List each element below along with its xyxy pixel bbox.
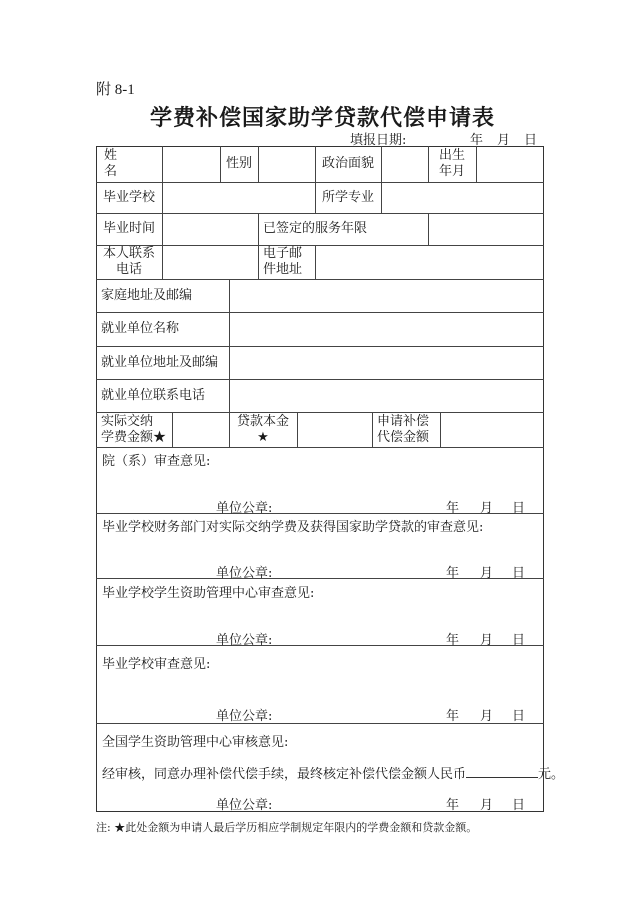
name-label: 姓 名 [96, 146, 162, 182]
dept-review-year: 年 [446, 497, 459, 516]
employer-phone-label: 就业单位联系电话 [96, 379, 229, 412]
employer-address-field[interactable] [229, 346, 544, 379]
school-review-month: 月 [480, 705, 493, 724]
compensation-amount-label: 申请补偿 代偿金额 [372, 412, 440, 447]
row-divider [96, 447, 544, 448]
finance-review-field[interactable] [97, 534, 543, 560]
name-field[interactable] [162, 146, 220, 182]
school-review-field[interactable] [97, 672, 543, 702]
birth-label-line2: 年月 [439, 164, 465, 180]
aid-center-review-stamp: 单位公章: [216, 629, 272, 648]
email-label-line1: 电子邮 [263, 246, 302, 262]
finance-review-year: 年 [446, 562, 459, 581]
compensation-amount-field[interactable] [440, 412, 544, 447]
birth-date-field[interactable] [476, 146, 544, 182]
home-address-label: 家庭地址及邮编 [96, 279, 229, 312]
phone-label-line2: 电话 [116, 262, 142, 278]
graduation-time-label: 毕业时间 [96, 213, 162, 245]
service-years-field[interactable] [428, 213, 544, 245]
approval-text-prefix: 经审核，同意办理补偿代偿手续，最终核定补偿代偿金额人民币 [102, 767, 466, 782]
major-field[interactable] [381, 182, 544, 213]
aid-center-review-day: 日 [512, 629, 525, 648]
finance-review-stamp: 单位公章: [216, 562, 272, 581]
tuition-paid-field[interactable] [172, 412, 229, 447]
national-center-review-title: 全国学生资助管理中心审核意见: [102, 731, 288, 750]
major-label: 所学专业 [315, 182, 381, 213]
approval-text-suffix: 元。 [538, 767, 564, 782]
tuition-label-line1: 实际交纳 [101, 414, 153, 430]
service-years-label: 已签定的服务年限 [258, 213, 428, 245]
name-label-text: 姓 名 [104, 148, 154, 180]
national-center-approval-text: 经审核，同意办理补偿代偿手续，最终核定补偿代偿金额人民币元。 [102, 763, 564, 782]
birth-label-line1: 出生 [439, 148, 465, 164]
gender-field[interactable] [258, 146, 315, 182]
aid-center-review-title: 毕业学校学生资助管理中心审查意见: [102, 582, 314, 601]
email-label: 电子邮 件地址 [258, 245, 315, 279]
apply-label-line1: 申请补偿 [377, 414, 429, 430]
employer-name-field[interactable] [229, 312, 544, 346]
employer-phone-field[interactable] [229, 379, 544, 412]
gender-label: 性别 [220, 146, 258, 182]
national-center-year: 年 [446, 794, 459, 813]
row-divider [96, 513, 544, 514]
email-field[interactable] [315, 245, 544, 279]
loan-principal-field[interactable] [297, 412, 372, 447]
school-review-title: 毕业学校审查意见: [102, 653, 210, 672]
national-center-stamp: 单位公章: [216, 794, 272, 813]
aid-center-review-year: 年 [446, 629, 459, 648]
phone-field[interactable] [162, 245, 258, 279]
tuition-paid-label: 实际交纳 学费金额★ [96, 412, 172, 447]
row-divider [96, 578, 544, 579]
school-review-year: 年 [446, 705, 459, 724]
dept-review-month: 月 [480, 497, 493, 516]
national-center-day: 日 [512, 794, 525, 813]
row-divider [96, 645, 544, 646]
loan-label-line2: ★ [257, 430, 269, 446]
school-review-day: 日 [512, 705, 525, 724]
home-address-field[interactable] [229, 279, 544, 312]
finance-review-day: 日 [512, 562, 525, 581]
row-divider [96, 723, 544, 724]
loan-label-line1: 贷款本金 [237, 414, 289, 430]
national-center-month: 月 [480, 794, 493, 813]
dept-review-stamp: 单位公章: [216, 497, 272, 516]
phone-label-line1: 本人联系 [103, 246, 155, 262]
political-status-label: 政治面貌 [315, 146, 381, 182]
school-label: 毕业学校 [96, 182, 162, 213]
political-status-field[interactable] [381, 146, 428, 182]
dept-review-field[interactable] [97, 468, 543, 494]
appendix-number: 附 8-1 [96, 78, 135, 99]
employer-address-label: 就业单位地址及邮编 [96, 346, 229, 379]
apply-label-line2: 代偿金额 [377, 430, 429, 446]
footnote: 注: ★此处金额为申请人最后学历相应学制规定年限内的学费金额和贷款金额。 [96, 819, 477, 835]
form-title: 学费补偿国家助学贷款代偿申请表 [0, 101, 635, 132]
email-label-line2: 件地址 [263, 262, 302, 278]
loan-principal-label: 贷款本金 ★ [229, 412, 297, 447]
school-review-stamp: 单位公章: [216, 705, 272, 724]
phone-label: 本人联系 电话 [96, 245, 162, 279]
dept-review-day: 日 [512, 497, 525, 516]
approved-amount-field[interactable] [466, 765, 538, 778]
aid-center-review-month: 月 [480, 629, 493, 648]
school-field[interactable] [162, 182, 315, 213]
dept-review-title: 院（系）审查意见: [102, 450, 210, 469]
finance-review-month: 月 [480, 562, 493, 581]
graduation-time-field[interactable] [162, 213, 258, 245]
employer-name-label: 就业单位名称 [96, 312, 229, 346]
birth-date-label: 出生 年月 [428, 146, 476, 182]
finance-review-title: 毕业学校财务部门对实际交纳学费及获得国家助学贷款的审查意见: [102, 516, 483, 535]
tuition-label-line2: 学费金额★ [101, 430, 166, 446]
aid-center-review-field[interactable] [97, 600, 543, 626]
